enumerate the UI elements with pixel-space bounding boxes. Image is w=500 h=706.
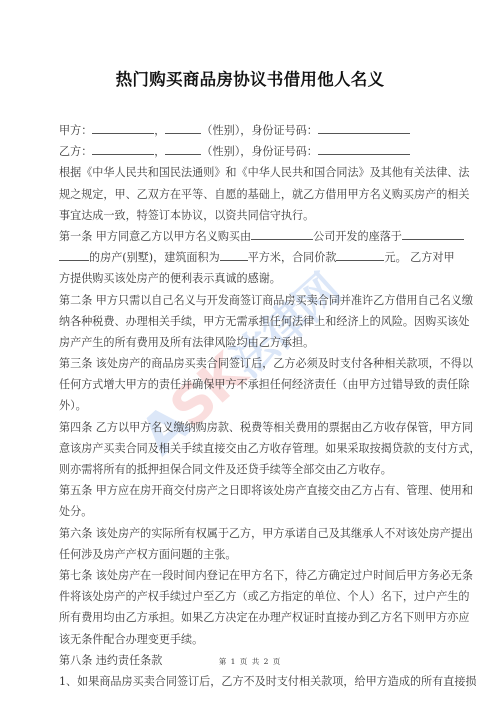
document-body: 甲方：，（性别），身份证号码： 乙方：，（性别），身份证号码： 根据《中华人民共… — [59, 120, 443, 692]
party-a-id-blank — [318, 121, 410, 134]
article-line: 第五条 甲方应在房开商交付房产之日即将该处房产直接交由乙方占有、管理、使用和 — [59, 480, 443, 501]
article-line: 第四条 乙方以甲方名义缴纳购房款、税费等相关费用的票据由乙方收存保管，甲方同 — [59, 417, 443, 438]
party-a-line: 甲方：，（性别），身份证号码： — [59, 120, 443, 141]
article-line: 任何方式增大甲方的责任并确保甲方不承担任何经济责任（由甲方过错导致的责任除 — [59, 374, 443, 395]
article-line: 任何涉及房产产权方面问题的主张。 — [59, 544, 443, 565]
article-line: 件将该处房产的产权手续过户至乙方（或乙方指定的单位、个人）名下，过户产生的 — [59, 586, 443, 607]
article-line: 第七条 该处房产在一段时间内登记在甲方名下，待乙方确定过户时间后甲方务必无条 — [59, 565, 443, 586]
article-line: 1、如果商品房买卖合同签订后，乙方不及时支付相关款项，给甲方造成的所有直接损 — [59, 671, 443, 692]
party-a-name-blank — [92, 121, 154, 134]
article-line: 第二条 甲方只需以自己名义与开发商签订商品房买卖合同并准许乙方借用自己名义缴 — [59, 290, 443, 311]
party-b-name-blank — [92, 142, 154, 155]
article-line: 外）。 — [59, 395, 443, 416]
location-blank — [402, 227, 464, 240]
document-title: 热门购买商品房协议书借用他人名义 — [0, 66, 500, 90]
party-b-gender-blank — [165, 142, 201, 155]
party-a-gender-blank — [165, 121, 201, 134]
article-line: 处分。 — [59, 501, 443, 522]
party-b-line: 乙方：，（性别），身份证号码： — [59, 141, 443, 162]
area-blank — [220, 248, 248, 261]
article-line: 第六条 该处房产的实际所有权属于乙方，甲方承诺自己及其继承人不对该处房产提出 — [59, 523, 443, 544]
preamble-line: 事宜达成一致，特签订本协议，以资共同信守执行。 — [59, 205, 443, 226]
article-line: 所有费用均由乙方承担。如果乙方决定在办理产权证时直接办到乙方名下则甲方亦应 — [59, 607, 443, 628]
article-line: 房产产生的所有费用及所有法律风险均由乙方承担。 — [59, 332, 443, 353]
article-1-line: 的房产(别墅)，建筑面积为平方米，合同价款元。 乙方对甲 — [59, 247, 443, 268]
party-b-id-blank — [318, 142, 410, 155]
article-line: 该无条件配合办理变更手续。 — [59, 629, 443, 650]
document-page: ASK法律网 热门购买商品房协议书借用他人名义 甲方：，（性别），身份证号码： … — [0, 0, 500, 706]
location-blank-cont — [59, 248, 89, 261]
article-line: 第三条 该处房产的商品房买卖合同签订后，乙方必须及时支付各种相关款项，不得以 — [59, 353, 443, 374]
article-1-line: 第一条 甲方同意乙方以甲方名义购买由公司开发的座落于 — [59, 226, 443, 247]
article-1-line: 方提供购买该处房产的便利表示真诚的感谢。 — [59, 268, 443, 289]
article-line: 则亦需将所有的抵押担保合同文件及还贷手续等全部交由乙方收存。 — [59, 459, 443, 480]
page-footer: 第 1 页 共 2 页 — [0, 656, 500, 667]
price-blank — [336, 248, 384, 261]
article-line: 纳各种税费、办理相关手续，甲方无需承担任何法律上和经济上的风险。因购买该处 — [59, 311, 443, 332]
article-line: 意该房产买卖合同及相关手续直接交由乙方收存管理。如果采取按揭贷款的支付方式， — [59, 438, 443, 459]
company-blank — [251, 227, 313, 240]
preamble-line: 规之规定，甲、乙双方在平等、自愿的基础上，就乙方借用甲方名义购买房产的相关 — [59, 184, 443, 205]
preamble-line: 根据《中华人民共和国民法通则》和《中华人民共和国合同法》及其他有关法律、法 — [59, 162, 443, 183]
